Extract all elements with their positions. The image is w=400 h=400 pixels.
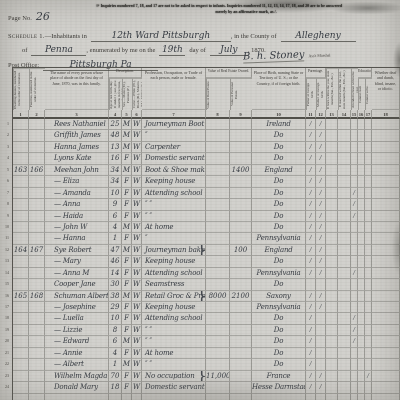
cell-birthplace: Pennsylvania: [252, 233, 306, 244]
cell-born-month: [326, 142, 338, 153]
cell-personal-estate: [230, 211, 252, 222]
line-number: [0, 393, 11, 400]
cell-remarks: [372, 142, 400, 153]
col-heading-17: Cannot write.: [365, 78, 372, 110]
cell-age: [109, 394, 122, 400]
cell-age: 1: [109, 359, 122, 370]
page-no-value: 26: [36, 10, 50, 23]
marshal-signature: B. h. Stoney: [243, 49, 305, 63]
cell-occupation: Journeyman Boot mfg: [142, 119, 206, 130]
cell-sex: F: [122, 279, 132, 290]
cell-birthplace: Do: [252, 188, 306, 199]
cell-name: Lyons Kate: [45, 153, 109, 164]
cell-name: — Anna: [45, 199, 109, 210]
cell-school: [351, 165, 358, 176]
cell-mother-foreign: /: [316, 188, 326, 199]
cell-personal-estate: [230, 176, 252, 187]
cell-real-estate: [206, 325, 230, 336]
cell-color: W: [132, 256, 142, 267]
cell-family: [29, 325, 45, 336]
cell-name: [45, 394, 109, 400]
cell-married-month: [338, 153, 351, 164]
col-heading-9: Value of Personal Estate.: [230, 78, 252, 110]
cell-remarks: [372, 130, 400, 141]
household-brace: }: [196, 291, 206, 302]
cell-age: 4: [109, 222, 122, 233]
cell-father-foreign: /: [306, 313, 316, 324]
cell-occupation: ″ ″: [142, 336, 206, 347]
cell-personal-estate: [230, 130, 252, 141]
cell-family: [29, 199, 45, 210]
cell-color: W: [132, 130, 142, 141]
cell-birthplace: Do: [252, 142, 306, 153]
cell-name: Sye Robert: [45, 245, 109, 256]
line-number: 18: [0, 312, 11, 323]
col-number-8: 8: [206, 110, 230, 119]
cell-family: [29, 336, 45, 347]
cell-mother-foreign: /: [316, 268, 326, 279]
cell-cannot-write: [365, 268, 372, 279]
day-of-label: day of: [189, 47, 205, 54]
cell-cannot-read: [358, 165, 365, 176]
cell-school: /: [351, 325, 358, 336]
cell-mother-foreign: /: [316, 382, 326, 393]
cell-born-month: [326, 371, 338, 382]
col-number-11: 11: [306, 110, 316, 119]
cell-school: [351, 119, 358, 130]
cell-birthplace: Do: [252, 130, 306, 141]
cell-born-month: [326, 188, 338, 199]
cell-remarks: [372, 268, 400, 279]
cell-married-month: [338, 142, 351, 153]
line-number: 1: [0, 118, 11, 129]
cell-sex: F: [122, 371, 132, 382]
col-heading-8: Value of Real Estate.: [206, 78, 230, 110]
cell-married-month: [338, 130, 351, 141]
cell-birthplace: Do: [252, 336, 306, 347]
cell-father-foreign: /: [306, 256, 316, 267]
col-heading-5: Sex.—Males (M.), Females (F.): [122, 78, 132, 110]
cell-school: [351, 359, 358, 370]
cell-age: 10: [109, 313, 122, 324]
col-heading-18: Whether deaf and dumb, blind, insane, or…: [372, 68, 400, 110]
cell-personal-estate: [230, 359, 252, 370]
cell-mother-foreign: /: [316, 211, 326, 222]
cell-cannot-write: [365, 256, 372, 267]
cell-cannot-write: [365, 359, 372, 370]
cell-personal-estate: [230, 302, 252, 313]
cell-cannot-read: [358, 130, 365, 141]
cell-remarks: [372, 176, 400, 187]
cell-name: Rees Nathaniel: [45, 119, 109, 130]
cell-dwelling: [13, 256, 29, 267]
cell-father-foreign: /: [306, 325, 316, 336]
cell-real-estate: [206, 359, 230, 370]
cell-sex: M: [122, 245, 132, 256]
cell-age: 14: [109, 268, 122, 279]
cell-age: 1: [109, 233, 122, 244]
cell-color: W: [132, 119, 142, 130]
cell-sex: F: [122, 153, 132, 164]
cell-age: 47: [109, 245, 122, 256]
cell-mother-foreign: /: [316, 153, 326, 164]
cell-personal-estate: [230, 188, 252, 199]
cell-family: [29, 382, 45, 393]
cell-married-month: [338, 268, 351, 279]
cell-personal-estate: [230, 233, 252, 244]
table-body: Rees Nathaniel25MWJourneyman Boot mfgIre…: [13, 119, 400, 400]
cell-born-month: [326, 268, 338, 279]
cell-birthplace: Saxony: [252, 291, 306, 302]
census-page-scan: Page No. 26 ☞ Inquiries numbered 7, 18, …: [0, 0, 400, 400]
cell-cannot-read: [358, 382, 365, 393]
cell-born-month: [326, 348, 338, 359]
cell-cannot-read: [358, 119, 365, 130]
marshal-title: Ass't Marshal: [308, 52, 330, 58]
cell-mother-foreign: /: [316, 371, 326, 382]
cell-sex: F: [122, 313, 132, 324]
cell-remarks: [372, 348, 400, 359]
cell-birthplace: France: [252, 371, 306, 382]
cell-school: /: [351, 268, 358, 279]
cell-married-month: [338, 359, 351, 370]
cell-cannot-write: [365, 153, 372, 164]
cell-married-month: [338, 325, 351, 336]
cell-cannot-read: [358, 268, 365, 279]
cell-cannot-read: [358, 199, 365, 210]
cell-cannot-read: [358, 394, 365, 400]
cell-remarks: [372, 256, 400, 267]
cell-born-month: [326, 199, 338, 210]
cell-school: [351, 279, 358, 290]
cell-remarks: [372, 119, 400, 130]
cell-dwelling: 165: [13, 291, 29, 302]
col-heading-15: Attended school within the year.: [351, 68, 358, 110]
cell-birthplace: Do: [252, 313, 306, 324]
cell-school: [351, 371, 358, 382]
cell-cannot-write: [365, 336, 372, 347]
cell-family: [29, 153, 45, 164]
household-brace: }: [196, 245, 206, 256]
cell-born-month: [326, 222, 338, 233]
cell-sex: M: [122, 119, 132, 130]
col-number-3: 3: [45, 110, 109, 119]
col-number-18: 18: [372, 110, 400, 119]
cell-color: W: [132, 222, 142, 233]
cell-born-month: [326, 153, 338, 164]
cell-family: [29, 279, 45, 290]
cell-cannot-read: [358, 325, 365, 336]
household-brace: }: [196, 371, 206, 382]
cell-sex: F: [122, 211, 132, 222]
cell-color: W: [132, 199, 142, 210]
cell-cannot-write: [365, 313, 372, 324]
cell-cannot-read: [358, 336, 365, 347]
cell-occupation: ″ ″: [142, 199, 206, 210]
cell-color: W: [132, 382, 142, 393]
cell-dwelling: [13, 302, 29, 313]
cell-dwelling: 164: [13, 245, 29, 256]
cell-born-month: [326, 245, 338, 256]
cell-real-estate: [206, 119, 230, 130]
cell-birthplace: Do: [252, 199, 306, 210]
cell-color: [132, 394, 142, 400]
cell-name: — Edward: [45, 336, 109, 347]
cell-family: [29, 142, 45, 153]
cell-real-estate: [206, 302, 230, 313]
cell-mother-foreign: /: [316, 245, 326, 256]
cell-sex: M: [122, 222, 132, 233]
cell-cannot-read: [358, 222, 365, 233]
cell-remarks: [372, 291, 400, 302]
cell-birthplace: England: [252, 165, 306, 176]
cell-personal-estate: [230, 382, 252, 393]
cell-school: [351, 153, 358, 164]
day-entry: 19th: [159, 46, 185, 56]
cell-real-estate: [206, 382, 230, 393]
line-number: 23: [0, 370, 11, 381]
col-heading-2: Families, numbered in the order of visit…: [29, 68, 45, 110]
cell-cannot-write: [365, 142, 372, 153]
cell-cannot-read: [358, 348, 365, 359]
cell-cannot-write: [365, 245, 372, 256]
cell-cannot-write: [365, 382, 372, 393]
cell-occupation: ″ ″: [142, 211, 206, 222]
cell-age: 34: [109, 176, 122, 187]
cell-mother-foreign: /: [316, 165, 326, 176]
cell-personal-estate: [230, 279, 252, 290]
col-heading-1: Dwelling-houses, numbered in the order o…: [13, 68, 29, 110]
marshal-signature-block: B. h. Stoney Ass't Marshal: [243, 43, 331, 64]
cell-age: 29: [109, 302, 122, 313]
cell-school: [351, 382, 358, 393]
cell-occupation: At home: [142, 348, 206, 359]
cell-occupation: Carpenter: [142, 142, 206, 153]
cell-cannot-write: [365, 394, 372, 400]
cell-sex: M: [122, 359, 132, 370]
line-number: 5: [0, 164, 11, 175]
cell-age: 25: [109, 119, 122, 130]
cell-family: [29, 188, 45, 199]
cell-dwelling: [13, 325, 29, 336]
cell-color: W: [132, 302, 142, 313]
cell-father-foreign: /: [306, 176, 316, 187]
cell-birthplace: Pennsylvania: [252, 302, 306, 313]
cell-personal-estate: [230, 199, 252, 210]
cell-cannot-write: [365, 222, 372, 233]
cell-occupation: ″: [142, 130, 206, 141]
cell-married-month: [338, 176, 351, 187]
cell-family: [29, 119, 45, 130]
cell-family: 166: [29, 165, 45, 176]
cell-school: /: [351, 199, 358, 210]
cell-father-foreign: /: [306, 382, 316, 393]
line-number: 15: [0, 278, 11, 289]
line-number: 8: [0, 198, 11, 209]
col-heading-16: Cannot read.: [358, 78, 365, 110]
cell-cannot-write: [365, 165, 372, 176]
cell-remarks: [372, 199, 400, 210]
cell-cannot-read: [358, 233, 365, 244]
col-number-17: 17: [365, 110, 372, 119]
cell-age: 48: [109, 130, 122, 141]
cell-birthplace: England: [252, 245, 306, 256]
cell-married-month: [338, 245, 351, 256]
cell-school: /: [351, 211, 358, 222]
line-number: 9: [0, 210, 11, 221]
cell-mother-foreign: /: [316, 119, 326, 130]
cell-real-estate: [206, 279, 230, 290]
cell-married-month: [338, 348, 351, 359]
cell-name: Cooper Jane: [45, 279, 109, 290]
cell-dwelling: [13, 313, 29, 324]
cell-name: Wilhelm Magda: [45, 371, 109, 382]
cell-dwelling: 163: [13, 165, 29, 176]
cell-school: /: [351, 336, 358, 347]
cell-personal-estate: [230, 222, 252, 233]
cell-color: W: [132, 211, 142, 222]
cell-remarks: [372, 245, 400, 256]
cell-age: 6: [109, 211, 122, 222]
cell-age: 10: [109, 188, 122, 199]
cell-color: W: [132, 325, 142, 336]
cell-school: [351, 302, 358, 313]
cell-color: W: [132, 233, 142, 244]
cell-dwelling: [13, 188, 29, 199]
cell-sex: F: [122, 382, 132, 393]
cell-cannot-read: [358, 279, 365, 290]
col-heading-11: Father of foreign birth.: [306, 78, 316, 110]
cell-age: 34: [109, 165, 122, 176]
cell-cannot-write: [365, 279, 372, 290]
cell-family: [29, 394, 45, 400]
cell-remarks: [372, 359, 400, 370]
cell-real-estate: [206, 153, 230, 164]
cell-age: 30: [109, 279, 122, 290]
col-number-9: 9: [230, 110, 252, 119]
cell-sex: M: [122, 142, 132, 153]
cell-married-month: [338, 211, 351, 222]
cell-cannot-read: [358, 256, 365, 267]
cell-real-estate: [206, 142, 230, 153]
cell-cannot-write: [365, 325, 372, 336]
cell-remarks: [372, 394, 400, 400]
cell-dwelling: [13, 394, 29, 400]
table-header: Dwelling-houses, numbered in the order o…: [13, 68, 400, 119]
cell-mother-foreign: [316, 325, 326, 336]
cell-name: Meehan John: [45, 165, 109, 176]
cell-personal-estate: [230, 268, 252, 279]
cell-name: — John W: [45, 222, 109, 233]
cell-family: [29, 176, 45, 187]
cell-born-month: [326, 313, 338, 324]
cell-father-foreign: /: [306, 268, 316, 279]
cell-married-month: [338, 256, 351, 267]
col-number-5: 5: [122, 110, 132, 119]
cell-occupation: At home: [142, 222, 206, 233]
cell-school: [351, 245, 358, 256]
cell-school: [351, 394, 358, 400]
cell-school: [351, 233, 358, 244]
cell-sex: F: [122, 233, 132, 244]
cell-personal-estate: [230, 371, 252, 382]
cell-father-foreign: /: [306, 233, 316, 244]
cell-real-estate: [206, 336, 230, 347]
line-number: 24: [0, 381, 11, 392]
cell-family: [29, 268, 45, 279]
cell-real-estate: [206, 165, 230, 176]
cell-dwelling: [13, 336, 29, 347]
cell-remarks: [372, 302, 400, 313]
col-number-2: 2: [29, 110, 45, 119]
cell-real-estate: [206, 199, 230, 210]
cell-school: [351, 222, 358, 233]
col-number-16: 16: [358, 110, 365, 119]
cell-remarks: [372, 336, 400, 347]
cell-school: [351, 142, 358, 153]
cell-born-month: [326, 336, 338, 347]
cell-family: 168: [29, 291, 45, 302]
cell-school: [351, 176, 358, 187]
cell-occupation: ″: [142, 233, 206, 244]
col-heading-12: Mother of foreign birth.: [316, 78, 326, 110]
cell-age: 9: [109, 199, 122, 210]
cell-sex: M: [122, 130, 132, 141]
cell-name: — Eliza: [45, 176, 109, 187]
cell-cannot-read: [358, 176, 365, 187]
cell-cannot-read: [358, 359, 365, 370]
cell-personal-estate: 2100: [230, 291, 252, 302]
cell-sex: F: [122, 302, 132, 313]
cell-name: — Annie: [45, 348, 109, 359]
cell-birthplace: Ireland: [252, 119, 306, 130]
col-heading-10: Place of Birth, naming State or Territor…: [252, 68, 306, 110]
instructions-line2: merely by an affirmative mark, as /.: [96, 9, 396, 15]
cell-personal-estate: [230, 394, 252, 400]
cell-born-month: [326, 256, 338, 267]
cell-color: W: [132, 359, 142, 370]
cell-sex: M: [122, 165, 132, 176]
cell-occupation: Seamstress: [142, 279, 206, 290]
cell-personal-estate: [230, 336, 252, 347]
line-number: 21: [0, 347, 11, 358]
cell-name: — Amanda: [45, 188, 109, 199]
cell-born-month: [326, 176, 338, 187]
cell-cannot-write: [365, 119, 372, 130]
cell-birthplace: Do: [252, 256, 306, 267]
cell-family: [29, 233, 45, 244]
cell-name: — Luella: [45, 313, 109, 324]
cell-father-foreign: /: [306, 142, 316, 153]
cell-real-estate: [206, 256, 230, 267]
cell-married-month: [338, 382, 351, 393]
cell-married-month: [338, 313, 351, 324]
cell-school: /: [351, 188, 358, 199]
cell-sex: M: [122, 336, 132, 347]
line-numbers-margin: 123456789101112131415161718192021222324: [0, 118, 11, 400]
cell-color: W: [132, 348, 142, 359]
cell-dwelling: [13, 119, 29, 130]
cell-personal-estate: 1400: [230, 165, 252, 176]
cell-occupation: Domestic servant: [142, 153, 206, 164]
cell-color: W: [132, 188, 142, 199]
cell-personal-estate: [230, 153, 252, 164]
line-number: 19: [0, 324, 11, 335]
cell-personal-estate: [230, 348, 252, 359]
line-number: 20: [0, 335, 11, 346]
cell-real-estate: [206, 394, 230, 400]
line-number: 3: [0, 141, 11, 152]
